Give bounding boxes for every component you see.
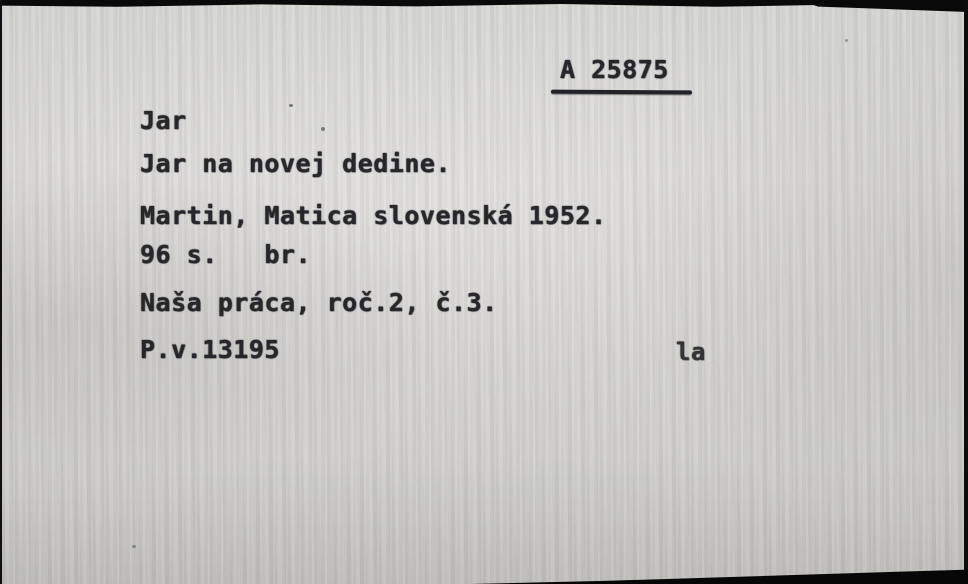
cataloguer-initials: la xyxy=(676,340,706,364)
call-number-underline xyxy=(551,90,692,95)
call-number: A 25875 xyxy=(560,57,669,82)
catalog-card-scan: A 25875 Jar Jar na novej dedine. Martin,… xyxy=(0,0,968,584)
ink-speckle xyxy=(132,545,136,548)
scan-edge-left xyxy=(0,0,2,584)
title-line: Jar na novej dedine. xyxy=(140,151,451,176)
accession-number: P.v.13195 xyxy=(140,337,280,362)
ink-speckle xyxy=(321,127,325,131)
heading-line: Jar xyxy=(140,108,187,133)
imprint-line: Martin, Matica slovenská 1952. xyxy=(140,203,607,228)
series-line: Naša práca, roč.2, č.3. xyxy=(140,290,498,315)
collation-line: 96 s. br. xyxy=(140,242,311,267)
scan-edge-right xyxy=(964,0,968,584)
ink-speckle xyxy=(845,39,848,42)
ink-speckle xyxy=(289,104,293,107)
